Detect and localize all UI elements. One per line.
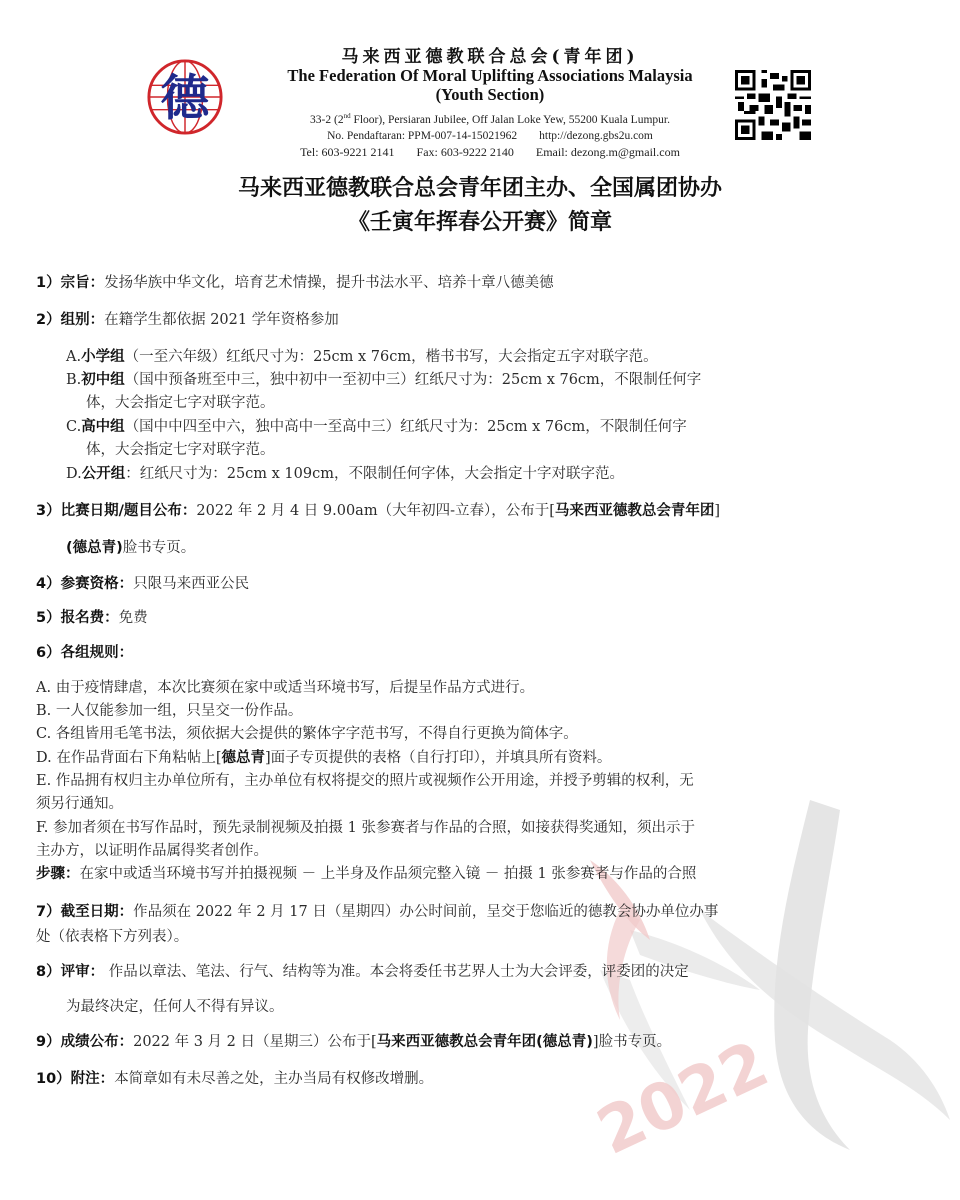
- section-eligibility: 4）参赛资格：只限马来西亚公民: [36, 572, 249, 593]
- org-contact-block: 33-2 (2nd Floor), Persiaran Jubilee, Off…: [230, 108, 750, 160]
- group-item-b: B.初中组（国中预备班至中三，独中初中一至初中三）红纸尺寸为：25cm x 76…: [66, 368, 701, 389]
- rule-item-e: E. 作品拥有权归主办单位所有，主办单位有权将提交的照片或视频作公开用途，并授予…: [36, 769, 694, 790]
- letterhead: 德 马来西亚德教联合总会(青年团) The Federation Of Mora…: [0, 40, 960, 165]
- org-address: 33-2 (2nd Floor), Persiaran Jubilee, Off…: [230, 108, 750, 128]
- qr-code-icon: [734, 70, 812, 140]
- registration-number: No. Pendaftaran: PPM-007-14-15021962: [327, 128, 517, 144]
- svg-text:德: 德: [161, 71, 211, 127]
- dezong-logo-icon: 德: [146, 58, 224, 136]
- telephone: Tel: 603-9221 2141: [300, 144, 394, 160]
- section-judging: 8）评审： 作品以章法、笔法、行气、结构等为准。本会将委任书艺界人士为大会评委，…: [36, 960, 689, 981]
- fax: Fax: 603-9222 2140: [417, 144, 514, 160]
- org-name-english: The Federation Of Moral Uplifting Associ…: [230, 66, 750, 104]
- title-line-1: 马来西亚德教联合总会青年团主办、全国属团协办: [0, 172, 960, 206]
- section-purpose: 1）宗旨：发扬华族中华文化，培育艺术情操，提升书法水平、培养十章八德美德: [36, 271, 554, 292]
- section-notes: 10）附注：本简章如有未尽善之处，主办当局有权修改增删。: [36, 1067, 433, 1088]
- section-groups: 2）组别：在籍学生都依据 2021 学年资格参加: [36, 308, 339, 329]
- email-link[interactable]: Email: dezong.m@gmail.com: [536, 144, 680, 160]
- group-item-a: A.小学组（一至六年级）红纸尺寸为：25cm x 76cm，楷书书写，大会指定五…: [66, 345, 658, 366]
- section-results: 9）成绩公布：2022 年 3 月 2 日（星期三）公布于[马来西亚德教总会青年…: [36, 1030, 671, 1051]
- section-fee: 5）报名费：免费: [36, 606, 148, 627]
- rule-item-c: C. 各组皆用毛笔书法，须依据大会提供的繁体字字范书写，不得自行更换为简体字。: [36, 722, 578, 743]
- group-item-c-cont: 体，大会指定七字对联字范。: [86, 438, 275, 459]
- rule-item-d: D. 在作品背面右下角粘帖上[德总青]面子专页提供的表格（自行打印），并填具所有…: [36, 746, 611, 767]
- title-line-2: 《壬寅年挥春公开赛》简章: [0, 206, 960, 240]
- section-rules: 6）各组规则：: [36, 641, 133, 662]
- group-item-b-cont: 体，大会指定七字对联字范。: [86, 391, 275, 412]
- group-item-c: C.高中组（国中中四至中六，独中高中一至高中三）红纸尺寸为：25cm x 76c…: [66, 415, 687, 436]
- rule-item-e-cont: 须另行通知。: [36, 792, 123, 813]
- section-judging-cont: 为最终决定，任何人不得有异议。: [66, 995, 284, 1016]
- rule-item-f: F. 参加者须在书写作品时，预先录制视频及拍摄 1 张参赛者与作品的合照，如接获…: [36, 816, 695, 837]
- section-date: 3）比赛日期/题目公布：2022 年 2 月 4 日 9.00am（大年初四-立…: [36, 499, 720, 520]
- rule-item-b: B. 一人仅能参加一组，只呈交一份作品。: [36, 699, 302, 720]
- rule-item-a: A. 由于疫情肆虐，本次比赛须在家中或适当环境书写，后提呈作品方式进行。: [36, 676, 534, 697]
- rule-item-f-cont: 主办方，以证明作品属得奖者创作。: [36, 839, 268, 860]
- group-item-d: D.公开组：红纸尺寸为：25cm x 109cm，不限制任何字体，大会指定十字对…: [66, 462, 624, 483]
- section-date-cont: (德总青)脸书专页。: [66, 536, 195, 557]
- document-title: 马来西亚德教联合总会青年团主办、全国属团协办 《壬寅年挥春公开赛》简章: [0, 172, 960, 240]
- org-name-chinese: 马来西亚德教联合总会(青年团): [260, 42, 720, 67]
- section-deadline: 7）截至日期：作品须在 2022 年 2 月 17 日（星期四）办公时间前，呈交…: [36, 900, 718, 921]
- section-deadline-cont: 处（依表格下方列表）。: [36, 925, 188, 946]
- website-link[interactable]: http://dezong.gbs2u.com: [539, 128, 653, 144]
- rule-steps: 步骤：在家中或适当环境书写并拍摄视频 － 上半身及作品须完整入镜 － 拍摄 1 …: [36, 862, 696, 883]
